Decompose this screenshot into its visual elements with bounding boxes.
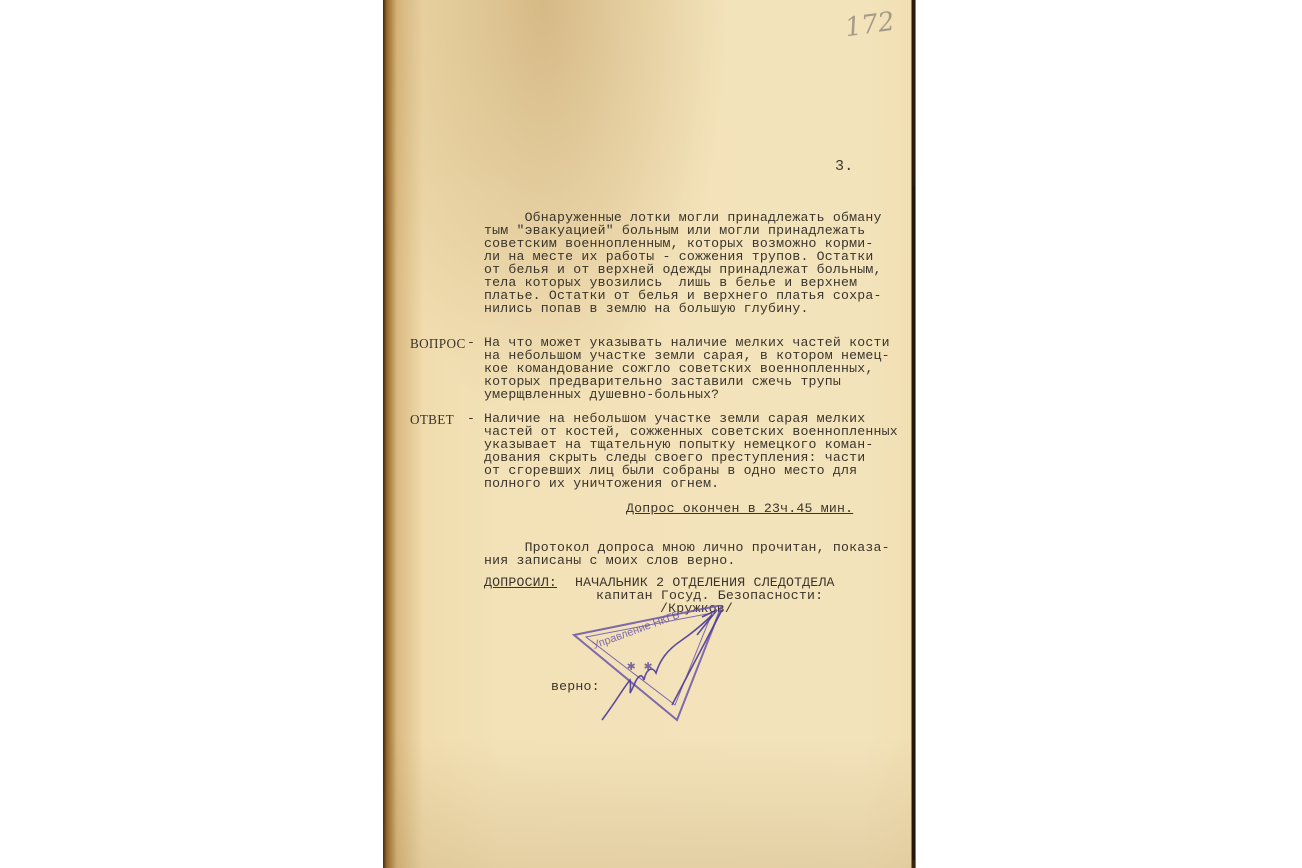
page-number: 3. — [835, 160, 853, 174]
text-line: полного их уничтожения огнем. — [484, 477, 719, 491]
svg-text:✱ ✱: ✱ ✱ — [627, 659, 653, 675]
interrogator-label: ДОПРОСИЛ: — [484, 576, 557, 590]
text-line: умерщвленных душевно-больных? — [484, 388, 719, 402]
official-stamp: Управление НКГБ ✱ ✱ — [572, 605, 732, 725]
interrogation-end: Допрос окончен в 23ч.45 мин. — [626, 502, 853, 516]
text-line: нились попав в землю на большую глубину. — [484, 302, 809, 316]
stamp-text: Управление НКГБ — [591, 609, 681, 652]
question-dash: - — [467, 336, 475, 350]
text-line: ния записаны с моих слов верно. — [484, 554, 736, 568]
page-edge — [912, 185, 915, 860]
answer-label: ОТВЕТ — [410, 412, 454, 428]
question-label: ВОПРОС — [410, 336, 466, 352]
answer-dash: - — [467, 412, 475, 426]
